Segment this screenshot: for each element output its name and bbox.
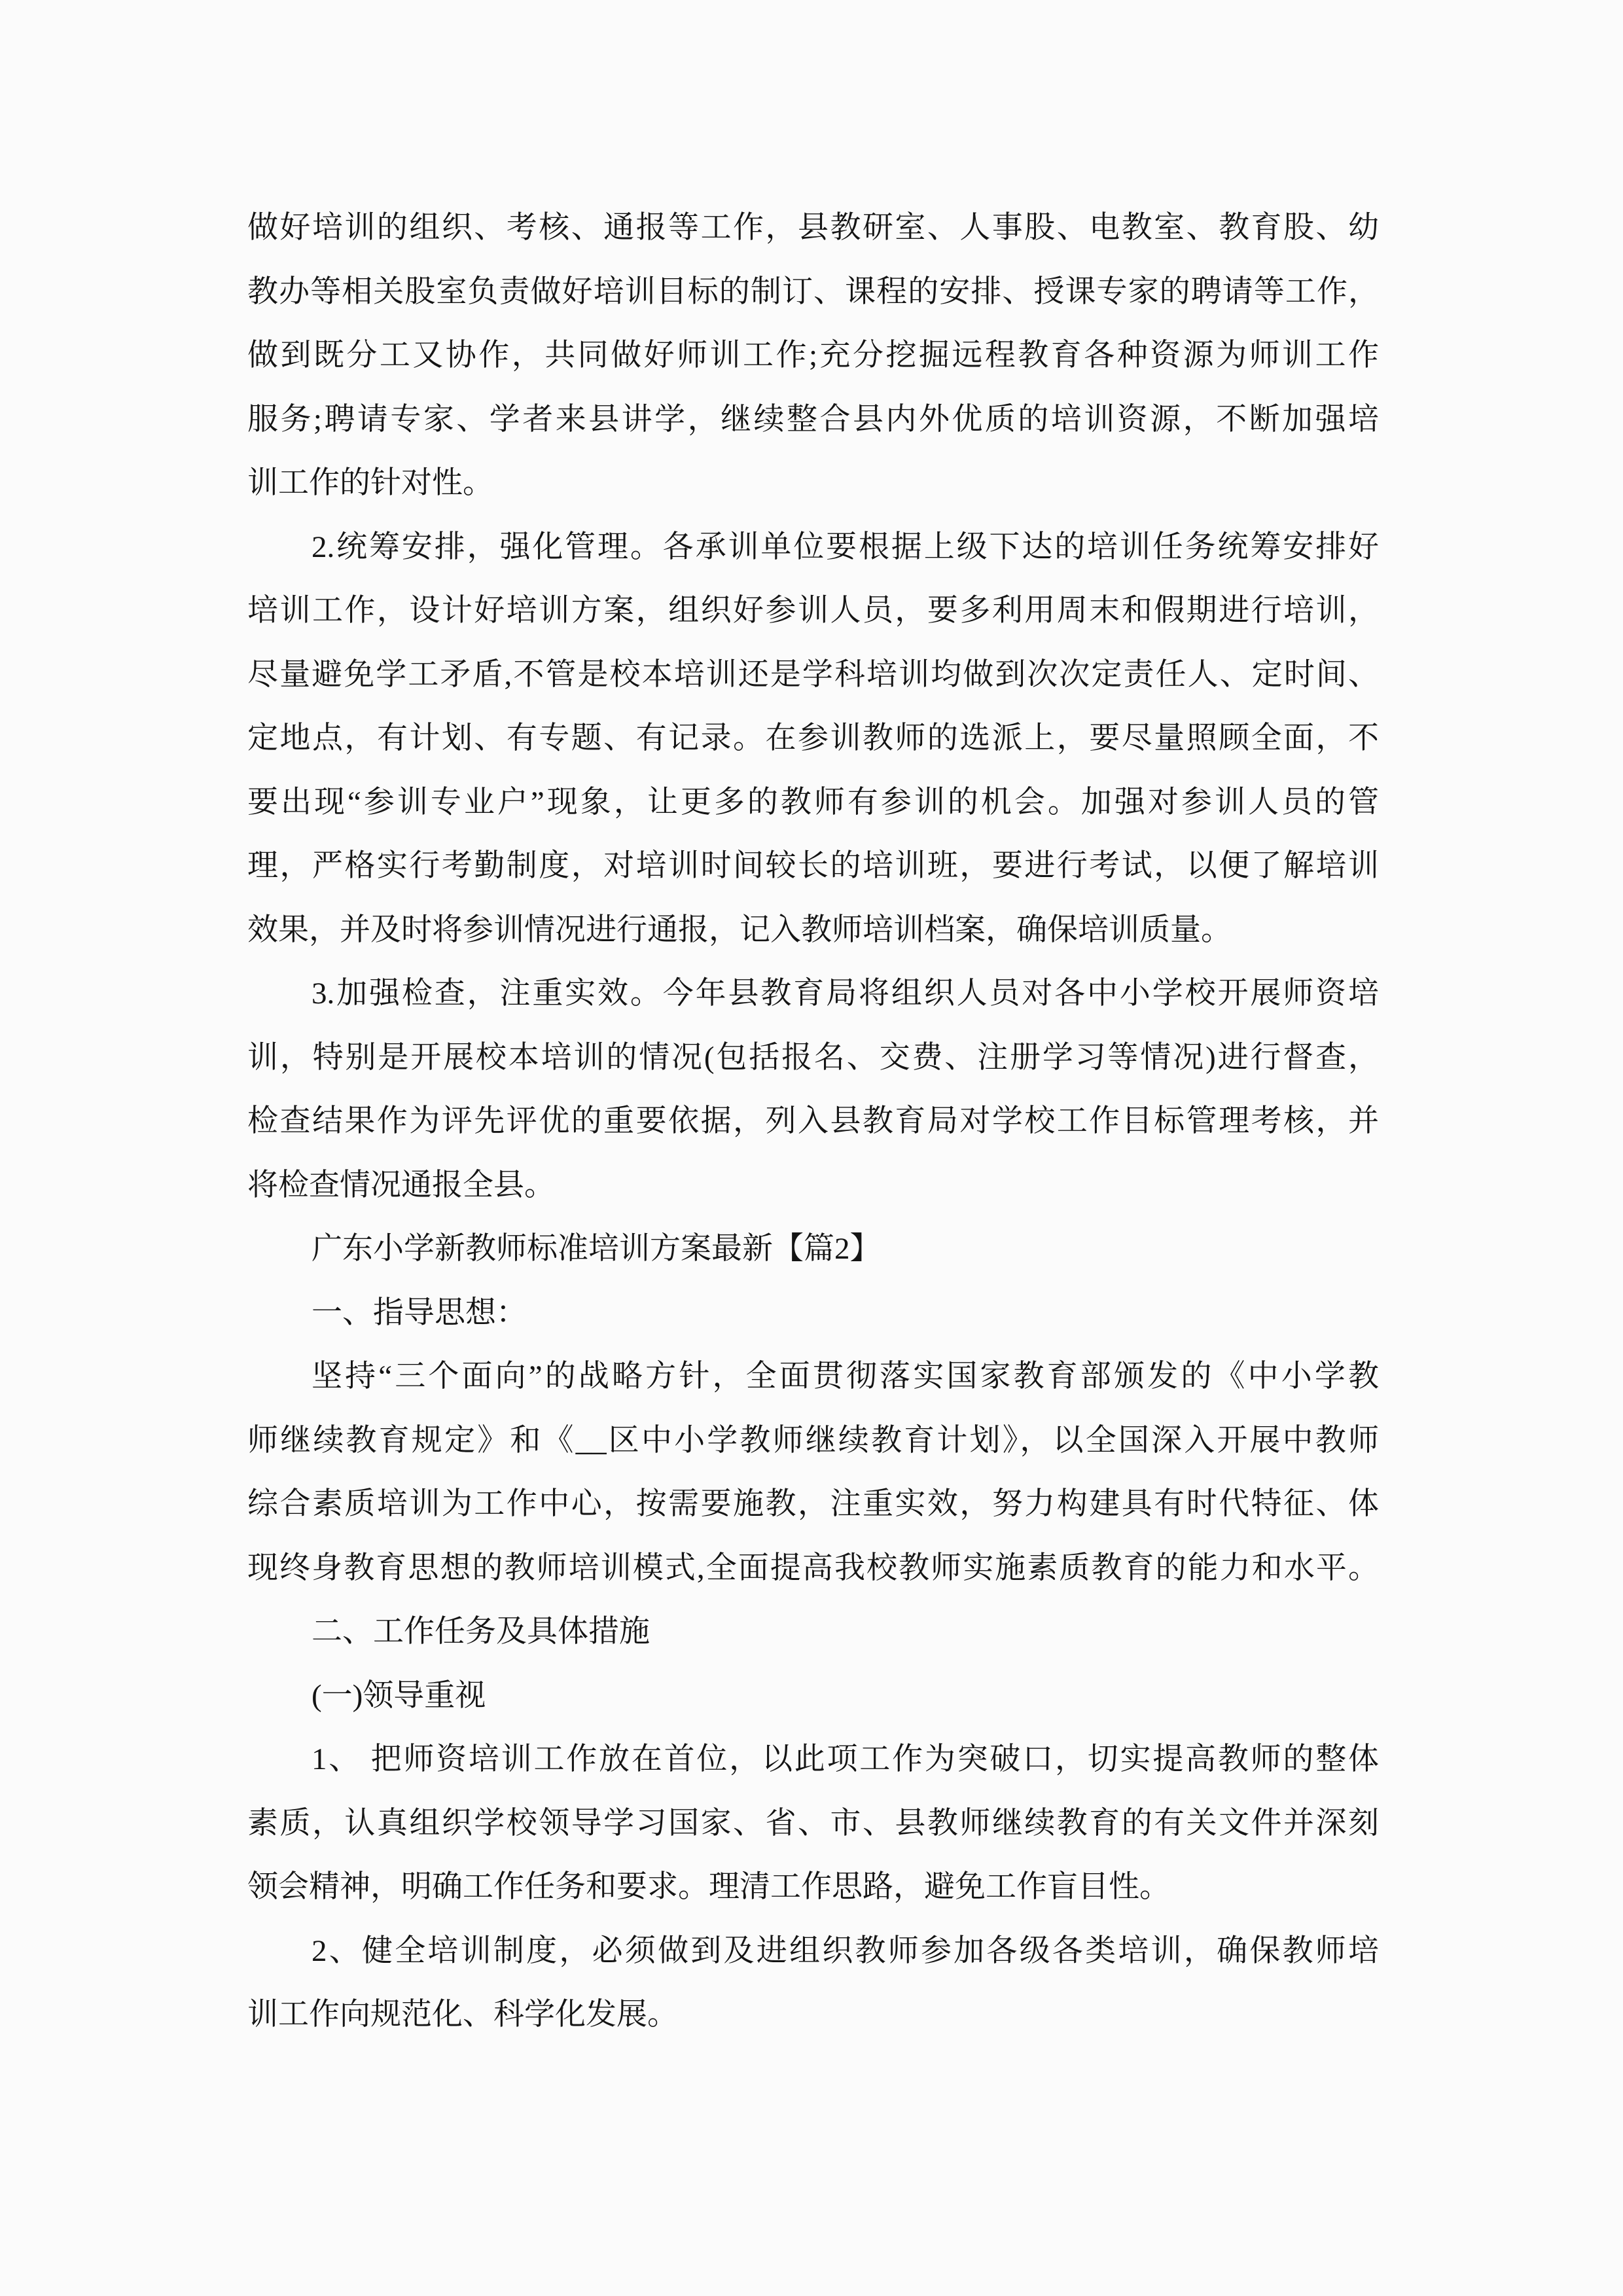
section-heading-line: 一、指导思想： (247, 1282, 1379, 1346)
text-line: 定地点，有计划、有专题、有记录。在参训教师的选派上，要尽量照顾全面，不 (247, 707, 1379, 771)
text-line: 训工作向规范化、科学化发展。 (247, 1983, 1379, 2047)
text-line: 训工作的针对性。 (247, 452, 1379, 516)
text-line: 1、 把师资培训工作放在首位，以此项工作为突破口，切实提高教师的整体 (247, 1728, 1379, 1792)
text-line: 理，严格实行考勤制度，对培训时间较长的培训班，要进行考试，以便了解培训 (247, 834, 1379, 899)
text-line: 效果，并及时将参训情况进行通报，记入教师培训档案，确保培训质量。 (247, 899, 1379, 963)
text-line: 尽量避免学工矛盾,不管是校本培训还是学科培训均做到次次定责任人、定时间、 (247, 643, 1379, 708)
text-line: 素质，认真组织学校领导学习国家、省、市、县教师继续教育的有关文件并深刻 (247, 1792, 1379, 1856)
text-line: 服务;聘请专家、学者来县讲学，继续整合县内外优质的培训资源，不断加强培 (247, 388, 1379, 452)
text-line: 训，特别是开展校本培训的情况(包括报名、交费、注册学习等情况)进行督查， (247, 1026, 1379, 1090)
text-line: 现终身教育思想的教师培训模式,全面提高我校教师实施素质教育的能力和水平。 (247, 1537, 1379, 1601)
text-line: 检查结果作为评先评优的重要依据，列入县教育局对学校工作目标管理考核，并 (247, 1090, 1379, 1154)
text-line: 坚持“三个面向”的战略方针，全面贯彻落实国家教育部颁发的《中小学教 (247, 1345, 1379, 1409)
text-line: 领会精神，明确工作任务和要求。理清工作思路，避免工作盲目性。 (247, 1856, 1379, 1920)
text-line: 将检查情况通报全县。 (247, 1154, 1379, 1218)
text-line: 教办等相关股室负责做好培训目标的制订、课程的安排、授课专家的聘请等工作， (247, 260, 1379, 325)
text-line: 2.统筹安排，强化管理。各承训单位要根据上级下达的培训任务统筹安排好 (247, 516, 1379, 580)
text-line: 师继续教育规定》和《__区中小学教师继续教育计划》，以全国深入开展中教师 (247, 1409, 1379, 1473)
text-line: 综合素质培训为工作中心，按需要施教，注重实效，努力构建具有时代特征、体 (247, 1473, 1379, 1537)
text-line: 要出现“参训专业户”现象，让更多的教师有参训的机会。加强对参训人员的管 (247, 771, 1379, 835)
text-line: 3.加强检查，注重实效。今年县教育局将组织人员对各中小学校开展师资培 (247, 962, 1379, 1026)
subsection-heading-line: (一)领导重视 (247, 1664, 1379, 1729)
text-line: 培训工作，设计好培训方案，组织好参训人员，要多利用周末和假期进行培训， (247, 579, 1379, 643)
text-line: 2、健全培训制度，必须做到及进组织教师参加各级各类培训，确保教师培 (247, 1920, 1379, 1984)
section-heading-line: 二、工作任务及具体措施 (247, 1600, 1379, 1664)
text-line: 做到既分工又协作，共同做好师训工作;充分挖掘远程教育各种资源为师训工作 (247, 324, 1379, 388)
text-line: 做好培训的组织、考核、通报等工作，县教研室、人事股、电教室、教育股、幼 (247, 196, 1379, 260)
document-page: 做好培训的组织、考核、通报等工作，县教研室、人事股、电教室、教育股、幼 教办等相… (0, 0, 1623, 2296)
article-title-line: 广东小学新教师标准培训方案最新【篇2】 (247, 1217, 1379, 1282)
